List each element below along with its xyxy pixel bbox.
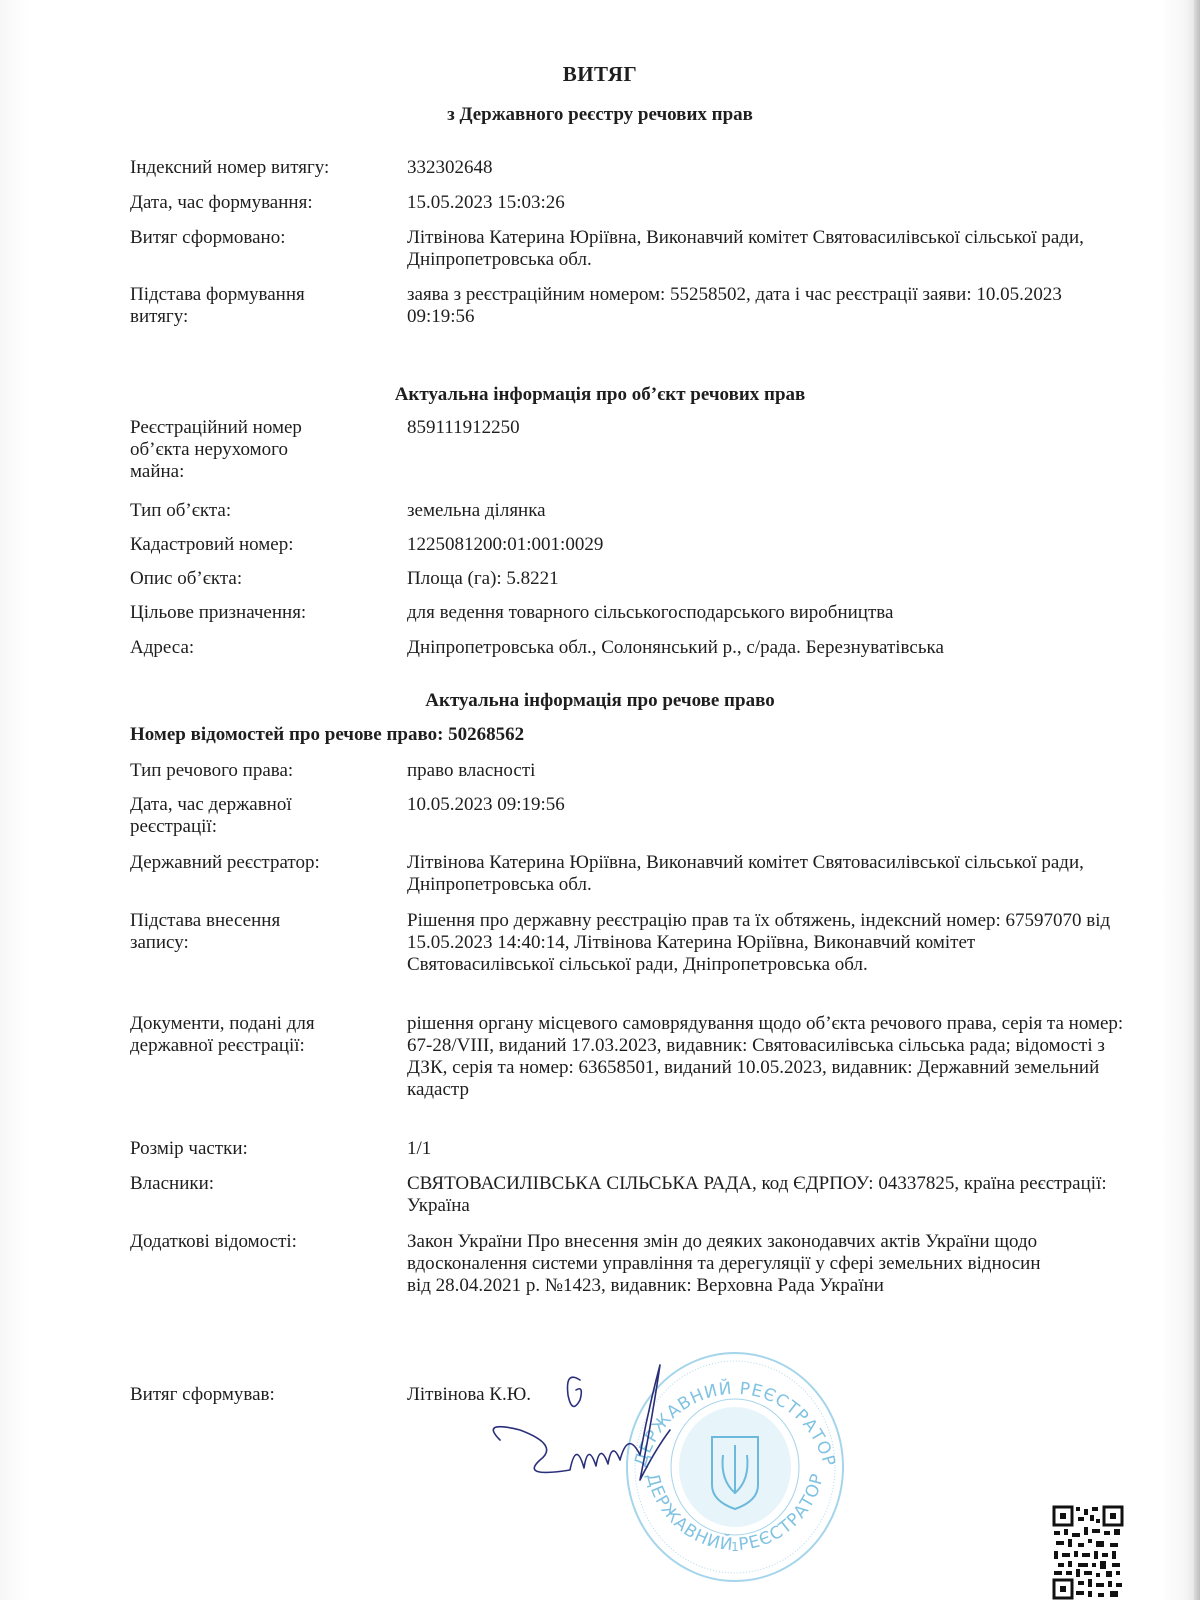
field-value: земельна ділянка (407, 500, 1127, 522)
field-value: 859111912250 (407, 417, 1127, 439)
field-label: Дата, час формування: (130, 192, 380, 214)
field-value: 1225081200:01:001:0029 (407, 534, 1127, 556)
object-section-title: Актуальна інформація про об’єкт речових … (0, 384, 1200, 406)
field-value: Дніпропетровська обл., Солонянський р., … (407, 637, 1147, 659)
document-subtitle: з Державного реєстру речових прав (0, 104, 1200, 126)
qr-code (1052, 1505, 1124, 1600)
field-label: Документи, подані для державної реєстрац… (130, 1013, 370, 1057)
field-label: Тип об’єкта: (130, 500, 380, 522)
field-value: Площа (га): 5.8221 (407, 568, 1127, 590)
svg-text:1: 1 (731, 1540, 739, 1554)
field-label: Додаткові відомості: (130, 1231, 380, 1253)
field-value: СВЯТОВАСИЛІВСЬКА СІЛЬСЬКА РАДА, код ЄДРП… (407, 1173, 1127, 1217)
field-value: 15.05.2023 15:03:26 (407, 192, 1127, 214)
field-value: Літвінова Катерина Юріївна, Виконавчий к… (407, 852, 1127, 896)
right-section-title: Актуальна інформація про речове право (0, 690, 1200, 712)
field-label: Витяг сформовано: (130, 227, 380, 249)
field-label: Адреса: (130, 637, 380, 659)
field-value: для ведення товарного сільськогосподарсь… (407, 602, 1127, 624)
scan-edge (1194, 0, 1200, 1600)
field-label: Витяг сформував: (130, 1384, 380, 1406)
field-value: Рішення про державну реєстрацію прав та … (407, 910, 1127, 976)
field-value: право власності (407, 760, 1127, 782)
field-label: Дата, час державної реєстрації: (130, 794, 345, 838)
field-label: Розмір частки: (130, 1138, 380, 1160)
field-value: 10.05.2023 09:19:56 (407, 794, 1127, 816)
field-value: Літвінова Катерина Юріївна, Виконавчий к… (407, 227, 1127, 271)
field-value: заява з реєстраційним номером: 55258502,… (407, 284, 1127, 328)
field-label: Індексний номер витягу: (130, 157, 380, 179)
field-label: Підстава внесення запису: (130, 910, 330, 954)
field-value: 1/1 (407, 1138, 1127, 1160)
field-label: Власники: (130, 1173, 380, 1195)
field-value: 332302648 (407, 157, 1127, 179)
field-label: Тип речового права: (130, 760, 380, 782)
rights-record-number: Номер відомостей про речове право: 50268… (130, 724, 524, 746)
field-label: Опис об’єкта: (130, 568, 380, 590)
field-label: Підстава формування витягу: (130, 284, 360, 328)
field-label: Цільове призначення: (130, 602, 380, 624)
field-label: Реєстраційний номер об’єкта нерухомого м… (130, 417, 345, 483)
field-label: Державний реєстратор: (130, 852, 380, 874)
field-label: Кадастровий номер: (130, 534, 380, 556)
document-title: ВИТЯГ (0, 62, 1200, 87)
field-value: Закон України Про внесення змін до деяки… (407, 1231, 1057, 1297)
field-value: рішення органу місцевого самоврядування … (407, 1013, 1127, 1101)
signature (480, 1360, 720, 1500)
